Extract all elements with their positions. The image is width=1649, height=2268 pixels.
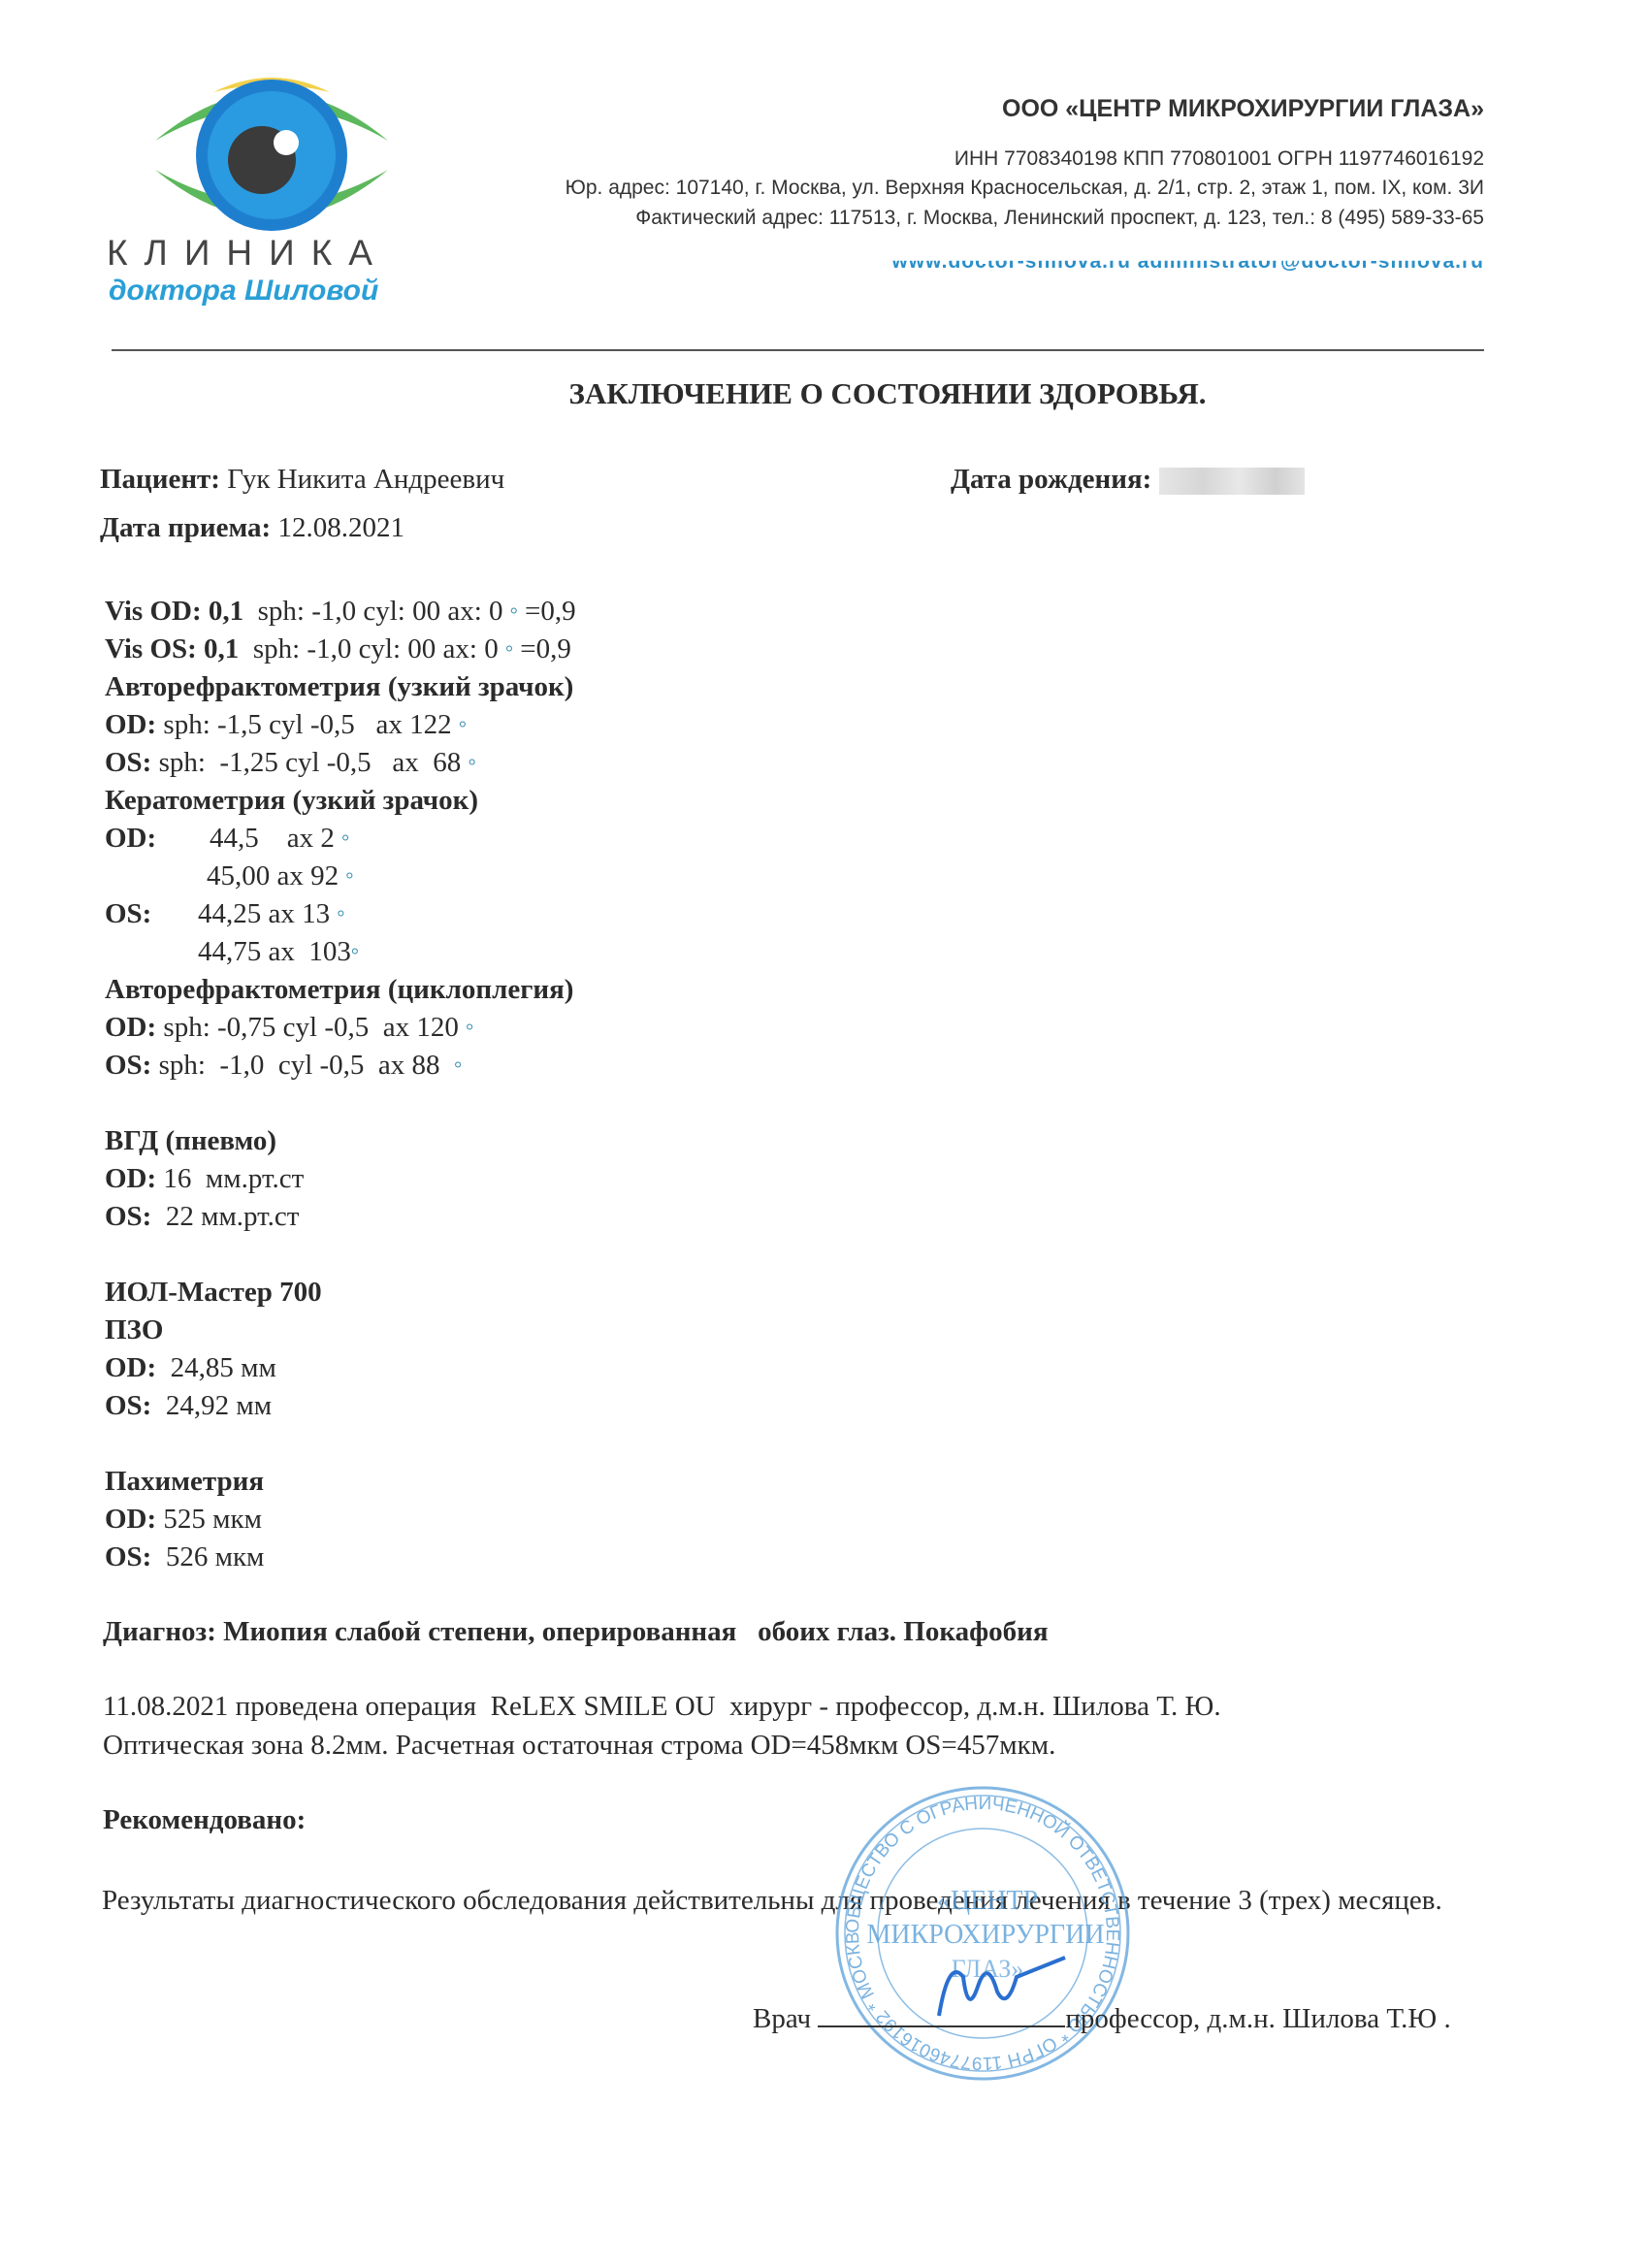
vis-od: Vis OD: 0,1 sph: -1,0 cyl: 00 ax: 0 ° =0… (105, 593, 576, 631)
autoref-cyclo-os: OS: sph: -1,0 cyl -0,5 ax 88 ° (105, 1047, 576, 1085)
vis-os: Vis OS: 0,1 sph: -1,0 cyl: 00 ax: 0 ° =0… (105, 631, 576, 668)
logo-subtitle: доктора Шиловой (109, 275, 378, 308)
axial-od: OD: 24,85 мм (105, 1349, 576, 1387)
iop-od: OD: 16 мм.рт.ст (105, 1160, 576, 1198)
patient-label: Пациент: (100, 464, 220, 495)
signature-blank (818, 1996, 1065, 2027)
pachymetry-od: OD: 525 мкм (105, 1501, 576, 1539)
dob-redacted (1159, 468, 1305, 495)
visit-line: Дата приема: 12.08.2021 (100, 509, 404, 547)
website-email: www.doctor-shilova.ru administrator@doct… (891, 250, 1484, 274)
header-divider (112, 349, 1484, 351)
doctor-label: Врач (753, 2003, 811, 2034)
validity-text: Результаты диагностического обследования… (102, 1882, 1523, 1920)
svg-text:МИКРОХИРУРГИИ: МИКРОХИРУРГИИ (866, 1920, 1104, 1950)
svg-text:«ЦЕНТР: «ЦЕНТР (937, 1886, 1038, 1916)
recommended-label: Рекомендовано: (103, 1801, 306, 1839)
keratometry-os-2: 44,75 ax 103° (105, 933, 576, 971)
dob-label: Дата рождения: (951, 464, 1151, 495)
stamp-icon: ОБЩЕСТВО С ОГРАНИЧЕННОЙ ОТВЕТСТВЕННОСТЬЮ… (832, 1783, 1133, 2084)
dob-line: Дата рождения: (951, 461, 1305, 499)
axial-os: OS: 24,92 мм (105, 1387, 576, 1425)
logo-title: КЛИНИКА (107, 233, 389, 274)
patient-line: Пациент: Гук Никита Андреевич (100, 461, 504, 499)
page-title: ЗАКЛЮЧЕНИЕ О СОСТОЯНИИ ЗДОРОВЬЯ. (0, 376, 1649, 411)
operation-line-1: 11.08.2021 проведена операция ReLEX SMIL… (103, 1688, 1221, 1726)
iop-heading: ВГД (пневмо) (105, 1122, 576, 1160)
keratometry-od-1: OD:44,5 ax 2 ° (105, 820, 576, 858)
autoref-narrow-od: OD: sph: -1,5 cyl -0,5 ax 122 ° (105, 706, 576, 744)
diagnosis: Диагноз: Миопия слабой степени, опериров… (103, 1613, 1049, 1651)
autoref-narrow-heading: Авторефрактометрия (узкий зрачок) (105, 668, 576, 706)
keratometry-heading: Кератометрия (узкий зрачок) (105, 782, 576, 820)
org-requisites: ИНН 7708340198 КПП 770801001 ОГРН 119774… (954, 147, 1484, 171)
signature-line: Врач профессор, д.м.н. Шилова Т.Ю . (753, 1996, 1451, 2038)
actual-address: Фактический адрес: 117513, г. Москва, Ле… (635, 207, 1484, 230)
autoref-cyclo-od: OD: sph: -0,75 cyl -0,5 ax 120 ° (105, 1009, 576, 1047)
operation-line-2: Оптическая зона 8.2мм. Расчетная остаточ… (103, 1727, 1055, 1765)
keratometry-os-1: OS:44,25 ax 13 ° (105, 895, 576, 933)
iop-os: OS: 22 мм.рт.ст (105, 1198, 576, 1236)
keratometry-od-2: 45,00 ax 92 ° (105, 858, 576, 895)
patient-name: Гук Никита Андреевич (227, 464, 504, 495)
exam-results: Vis OD: 0,1 sph: -1,0 cyl: 00 ax: 0 ° =0… (105, 593, 576, 1576)
autoref-cyclo-heading: Авторефрактометрия (циклоплегия) (105, 971, 576, 1009)
autoref-narrow-os: OS: sph: -1,25 cyl -0,5 ax 68 ° (105, 744, 576, 782)
visit-label: Дата приема: (100, 512, 271, 543)
iolmaster-heading: ИОЛ-Мастер 700 (105, 1274, 576, 1312)
visit-date: 12.08.2021 (277, 512, 404, 543)
pachymetry-heading: Пахиметрия (105, 1463, 576, 1501)
legal-address: Юр. адрес: 107140, г. Москва, ул. Верхня… (566, 177, 1484, 200)
doctor-name: профессор, д.м.н. Шилова Т.Ю . (1065, 2003, 1450, 2034)
org-name: ООО «ЦЕНТР МИКРОХИРУРГИИ ГЛАЗА» (1002, 95, 1484, 123)
axial-length-heading: ПЗО (105, 1312, 576, 1349)
pachymetry-os: OS: 526 мкм (105, 1539, 576, 1576)
eye-logo-icon (145, 63, 398, 247)
